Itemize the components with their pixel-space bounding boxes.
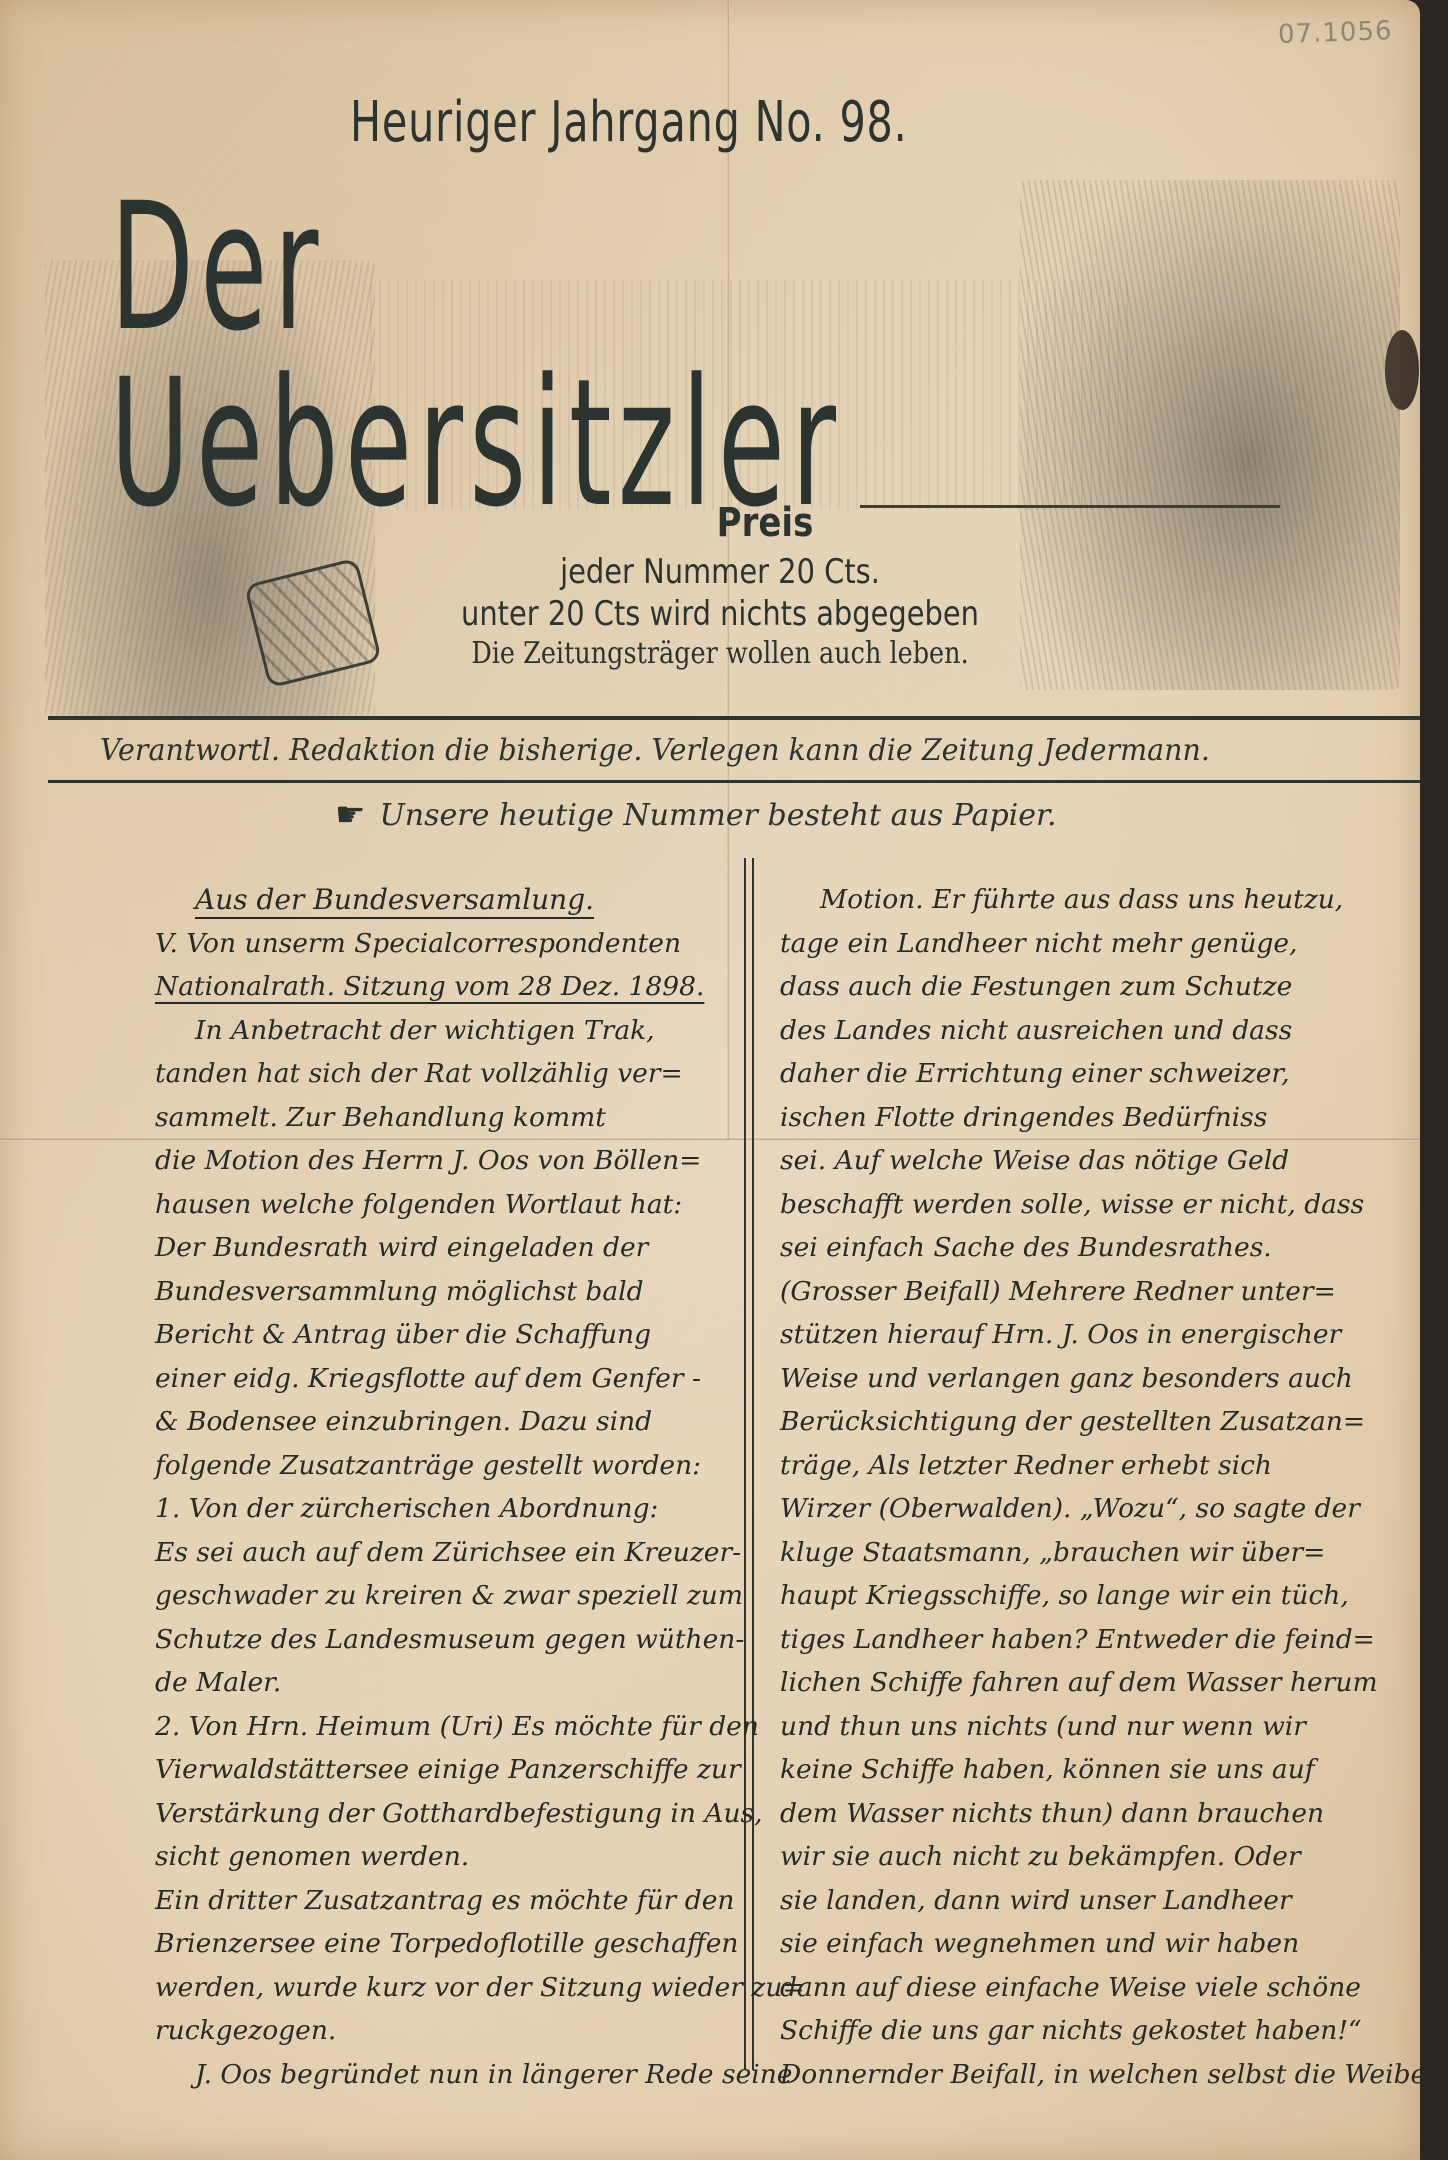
article-line: Motion. Er führte aus dass uns heutzu, — [780, 878, 1380, 922]
article-line: & Bodensee einzubringen. Dazu sind — [155, 1400, 755, 1444]
price-block: Preis jeder Nummer 20 Cts. unter 20 Cts … — [360, 500, 1080, 671]
article-line: träge, Als letzter Redner erhebt sich — [780, 1444, 1380, 1488]
article-line: Berücksichtigung der gestellten Zusatzan… — [780, 1400, 1380, 1444]
article-line: Schutze des Landesmuseum gegen wüthen- — [155, 1618, 755, 1662]
article-line: wir sie auch nicht zu bekämpfen. Oder — [780, 1835, 1380, 1879]
article-line: Weise und verlangen ganz besonders auch — [780, 1357, 1380, 1401]
article-line: die Motion des Herrn J. Oos von Böllen= — [155, 1139, 755, 1183]
article-line: J. Oos begründet nun in längerer Rede se… — [155, 2053, 755, 2097]
issue-note-text: Unsere heutige Nummer besteht aus Papier… — [379, 798, 1056, 833]
article-line: und thun uns nichts (und nur wenn wir — [780, 1705, 1380, 1749]
article-line: tiges Landheer haben? Entweder die feind… — [780, 1618, 1380, 1662]
article-line: keine Schiffe haben, können sie uns auf — [780, 1748, 1380, 1792]
article-line: 2. Von Hrn. Heimum (Uri) Es möchte für d… — [155, 1705, 755, 1749]
article-line: V. Von unserm Specialcorrespondenten — [155, 922, 755, 966]
article-line: tanden hat sich der Rat vollzählig ver= — [155, 1052, 755, 1096]
article-line: ruckgezogen. — [155, 2009, 755, 2053]
article-line: dass auch die Festungen zum Schutze — [780, 965, 1380, 1009]
article-line: 1. Von der zürcherischen Abordnung: — [155, 1487, 755, 1531]
article-line: beschafft werden solle, wisse er nicht, … — [780, 1183, 1380, 1227]
article-line: des Landes nicht ausreichen und dass — [780, 1009, 1380, 1053]
article-line: einer eidg. Kriegsflotte auf dem Genfer … — [155, 1357, 755, 1401]
article-line: Brienzersee eine Torpedoflotille geschaf… — [155, 1922, 755, 1966]
masthead-title: Der Uebersitzler — [110, 180, 705, 532]
article-line: Wirzer (Oberwalden). „Wozu“, so sagte de… — [780, 1487, 1380, 1531]
article-headline: Aus der Bundesversamlung. — [195, 878, 755, 922]
article-line: sei. Auf welche Weise das nötige Geld — [780, 1139, 1380, 1183]
price-line-3: Die Zeitungsträger wollen auch leben. — [414, 636, 1026, 671]
article-line: daher die Errichtung einer schweizer, — [780, 1052, 1380, 1096]
article-line: In Anbetracht der wichtigen Trak, — [155, 1009, 755, 1053]
article-line: Bericht & Antrag über die Schaffung — [155, 1313, 755, 1357]
issue-note: ☛ Unsere heutige Nummer besteht aus Papi… — [335, 795, 1057, 835]
article-column-right: Motion. Er führte aus dass uns heutzu, t… — [780, 878, 1380, 2096]
article-line: sie einfach wegnehmen und wir haben — [780, 1922, 1380, 1966]
article-line: Vierwaldstättersee einige Panzerschiffe … — [155, 1748, 755, 1792]
article-line: (Grosser Beifall) Mehrere Redner unter= — [780, 1270, 1380, 1314]
editorial-note: Verantwortl. Redaktion die bisherige. Ve… — [100, 733, 1297, 768]
article-line: Verstärkung der Gotthardbefestigung in A… — [155, 1792, 755, 1836]
price-line-2: unter 20 Cts wird nichts abgegeben — [414, 594, 1026, 634]
article-line: stützen hierauf Hrn. J. Oos in energisch… — [780, 1313, 1380, 1357]
article-line: ischen Flotte dringendes Bedürfniss — [780, 1096, 1380, 1140]
newspaper-page: 07.1056 Heuriger Jahrgang No. 98. Der Ue… — [0, 0, 1420, 2160]
article-line: werden, wurde kurz vor der Sitzung wiede… — [155, 1966, 755, 2010]
article-line: kluge Staatsmann, „brauchen wir über= — [780, 1531, 1380, 1575]
article-line: sie landen, dann wird unser Landheer — [780, 1879, 1380, 1923]
article-line: sammelt. Zur Behandlung kommt — [155, 1096, 755, 1140]
divider-rule — [48, 780, 1420, 783]
article-line: Ein dritter Zusatzantrag es möchte für d… — [155, 1879, 755, 1923]
article-line: Schiffe die uns gar nichts gekostet habe… — [780, 2009, 1380, 2053]
archive-number: 07.1056 — [1278, 16, 1394, 50]
article-line: folgende Zusatzanträge gestellt worden: — [155, 1444, 755, 1488]
article-line: haupt Kriegsschiffe, so lange wir ein tü… — [780, 1574, 1380, 1618]
article-line: dem Wasser nichts thun) dann brauchen — [780, 1792, 1380, 1836]
article-line: lichen Schiffe fahren auf dem Wasser her… — [780, 1661, 1380, 1705]
article-line: Donnernder Beifall, in welchen selbst di… — [780, 2053, 1380, 2097]
article-line: de Maler. — [155, 1661, 755, 1705]
volume-heading: Heuriger Jahrgang No. 98. — [350, 90, 1006, 155]
article-line: Es sei auch auf dem Zürichsee ein Kreuze… — [155, 1531, 755, 1575]
article-line: geschwader zu kreiren & zwar speziell zu… — [155, 1574, 755, 1618]
article-line: Der Bundesrath wird eingeladen der — [155, 1226, 755, 1270]
article-line: Nationalrath. Sitzung vom 28 Dez. 1898. — [155, 971, 704, 1002]
pointing-hand-icon: ☛ — [335, 795, 365, 835]
price-line-1: jeder Nummer 20 Cts. — [414, 552, 1026, 592]
divider-rule — [48, 716, 1420, 720]
article-line: Bundesversammlung möglichst bald — [155, 1270, 755, 1314]
article-line: hausen welche folgenden Wortlaut hat: — [155, 1183, 755, 1227]
article-line: dann auf diese einfache Weise viele schö… — [780, 1966, 1380, 2010]
article-line: tage ein Landheer nicht mehr genüge, — [780, 922, 1380, 966]
price-label: Preis — [497, 500, 1033, 546]
article-column-left: Aus der Bundesversamlung. V. Von unserm … — [155, 878, 755, 2096]
article-line: sei einfach Sache des Bundesrathes. — [780, 1226, 1380, 1270]
article-line: sicht genomen werden. — [155, 1835, 755, 1879]
